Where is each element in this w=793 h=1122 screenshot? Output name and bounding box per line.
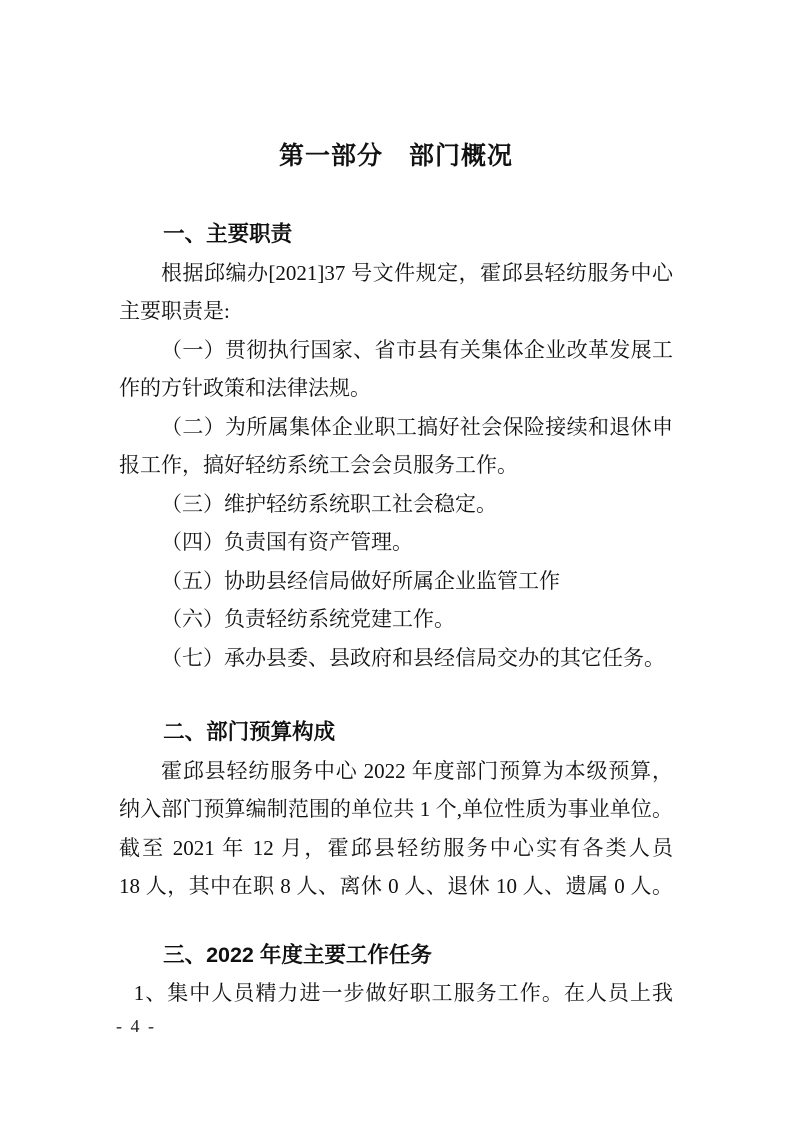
text-line: （一）贯彻执行国家、省市县有关集体企业改革发展工 [119,331,673,370]
section-work-tasks: 三、2022 年度主要工作任务 1、集中人员精力进一步做好职工服务工作。在人员上… [119,936,673,1013]
text-line: 霍邱县轻纺服务中心 2022 年度部门预算为本级预算， [119,752,673,791]
text-line: 报工作，搞好轻纺系统工会会员服务工作。 [119,446,673,485]
text-line: 主要职责是: [119,292,673,331]
page-number: - 4 - [116,1014,156,1038]
text-line: （三）维护轻纺系统职工社会稳定。 [119,485,673,524]
section-budget-composition: 二、部门预算构成 霍邱县轻纺服务中心 2022 年度部门预算为本级预算， 纳入部… [119,713,673,906]
text-line: （二）为所属集体企业职工搞好社会保险接续和退休申 [119,408,673,447]
section-main-duties: 一、主要职责 根据邱编办[2021]37 号文件规定，霍邱县轻纺服务中心 主要职… [119,215,673,677]
text-line: 1、集中人员精力进一步做好职工服务工作。在人员上我 [119,974,673,1013]
page-title: 第一部分 部门概况 [119,141,673,171]
section-heading-2: 二、部门预算构成 [119,713,673,752]
text-line: 根据邱编办[2021]37 号文件规定，霍邱县轻纺服务中心 [119,254,673,293]
document-page: 第一部分 部门概况 一、主要职责 根据邱编办[2021]37 号文件规定，霍邱县… [0,0,793,1122]
text-line: （四）负责国有资产管理。 [119,523,673,562]
text-line: （六）负责轻纺系统党建工作。 [119,600,673,639]
text-line: （五）协助县经信局做好所属企业监管工作 [119,562,673,601]
text-line: 纳入部门预算编制范围的单位共 1 个,单位性质为事业单位。 [119,790,673,829]
text-line: 作的方针政策和法律法规。 [119,369,673,408]
section-heading-3: 三、2022 年度主要工作任务 [119,936,673,975]
text-line: 18 人，其中在职 8 人、离休 0 人、退休 10 人、遗属 0 人。 [119,867,673,906]
text-line: （七）承办县委、县政府和县经信局交办的其它任务。 [119,639,673,678]
section-heading-1: 一、主要职责 [119,215,673,254]
text-line: 截至 2021 年 12 月，霍邱县轻纺服务中心实有各类人员 [119,829,673,868]
